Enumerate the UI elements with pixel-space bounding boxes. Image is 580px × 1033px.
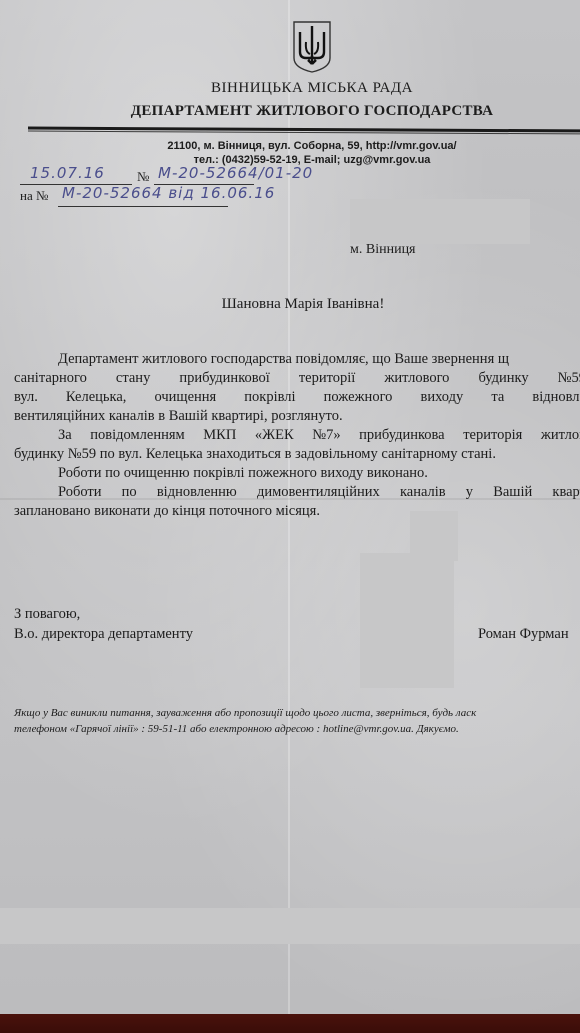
signer-name: Роман Фурман — [478, 626, 569, 643]
word: Келецька, — [66, 388, 127, 407]
letter-greeting: Шановна Марія Іванівна! — [0, 296, 580, 313]
trident-emblem-icon — [292, 20, 332, 74]
signer-title: В.о. директора департаменту — [14, 626, 193, 643]
outgoing-date: 15.07.16 — [30, 164, 105, 182]
word: санітарного — [14, 369, 87, 388]
word: повідомленням — [90, 426, 184, 445]
reply-reference: М-20-52664 від 16.06.16 — [62, 184, 275, 202]
word: відновленню — [157, 483, 237, 502]
outgoing-number: М-20-52664/01-20 — [158, 164, 313, 182]
table-surface — [0, 1014, 580, 1033]
word: №7» — [312, 426, 340, 445]
footnote-line-1: Якщо у Вас виникли питання, зауваження а… — [14, 705, 476, 721]
word: виходу — [420, 388, 463, 407]
word: покрівлі — [244, 388, 295, 407]
word: каналів — [400, 483, 446, 502]
word: МКП — [203, 426, 236, 445]
word: За — [58, 426, 72, 445]
footnote-line-2: телефоном «Гарячої лінії» : 59-51-11 або… — [14, 721, 476, 737]
word: житлового — [384, 369, 449, 388]
redacted-bottom-band — [0, 908, 580, 944]
word: №59 — [558, 369, 580, 388]
word: очищення — [154, 388, 216, 407]
word: відновле — [532, 388, 580, 407]
council-name: ВІННИЦЬКА МІСЬКА РАДА — [0, 80, 580, 97]
redacted-recipient-address — [350, 199, 530, 244]
word: території — [299, 369, 356, 388]
word: Роботи — [58, 483, 102, 502]
word: прибудинкової — [179, 369, 269, 388]
paragraph-1-line-3: вул. Келецька, очищення покрівлі пожежно… — [14, 388, 580, 407]
reply-label: на № — [20, 188, 48, 204]
word: Вашій — [493, 483, 532, 502]
number-label: № — [137, 169, 149, 185]
paragraph-1-line-2: санітарного стану прибудинкової територі… — [14, 369, 580, 388]
word: по — [122, 483, 137, 502]
paragraph-2-line-2: будинку №59 по вул. Келецька знаходиться… — [14, 445, 580, 464]
word: кварт — [552, 483, 580, 502]
word: прибудинкова — [359, 426, 444, 445]
department-name: ДЕПАРТАМЕНТ ЖИТЛОВОГО ГОСПОДАРСТВА — [0, 103, 580, 120]
word: димовентиляційних — [257, 483, 380, 502]
paragraph-2-line-1: За повідомленням МКП «ЖЕК №7» прибудинко… — [14, 426, 580, 445]
word: будинку — [478, 369, 528, 388]
word: «ЖЕК — [255, 426, 294, 445]
letter-paper: ВІННИЦЬКА МІСЬКА РАДА ДЕПАРТАМЕНТ ЖИТЛОВ… — [0, 0, 580, 1014]
paragraph-1-line-4: вентиляційних каналів в Вашій квартирі, … — [14, 407, 580, 426]
hotline-footnote: Якщо у Вас виникли питання, зауваження а… — [14, 705, 476, 737]
word: стану — [116, 369, 150, 388]
word: у — [466, 483, 473, 502]
paragraph-4-line-1: Роботи по відновленню димовентиляційних … — [14, 483, 580, 502]
paragraph-4-line-2: заплановано виконати до кінця поточного … — [14, 502, 580, 521]
word: житлов — [541, 426, 580, 445]
paragraph-1-line-1: Департамент житлового господарства повід… — [14, 350, 580, 369]
recipient-city: м. Вінниця — [350, 242, 416, 258]
paragraph-3: Роботи по очищенню покрівлі пожежного ви… — [14, 464, 580, 483]
word: вул. — [14, 388, 38, 407]
word: пожежного — [324, 388, 393, 407]
word: та — [491, 388, 504, 407]
department-address: 21100, м. Вінниця, вул. Соборна, 59, htt… — [0, 140, 580, 152]
closing-phrase: З повагою, — [14, 606, 80, 623]
word: територія — [463, 426, 522, 445]
redacted-signature — [360, 553, 454, 688]
letter-body: Департамент житлового господарства повід… — [14, 350, 580, 521]
reply-underline — [58, 206, 228, 207]
